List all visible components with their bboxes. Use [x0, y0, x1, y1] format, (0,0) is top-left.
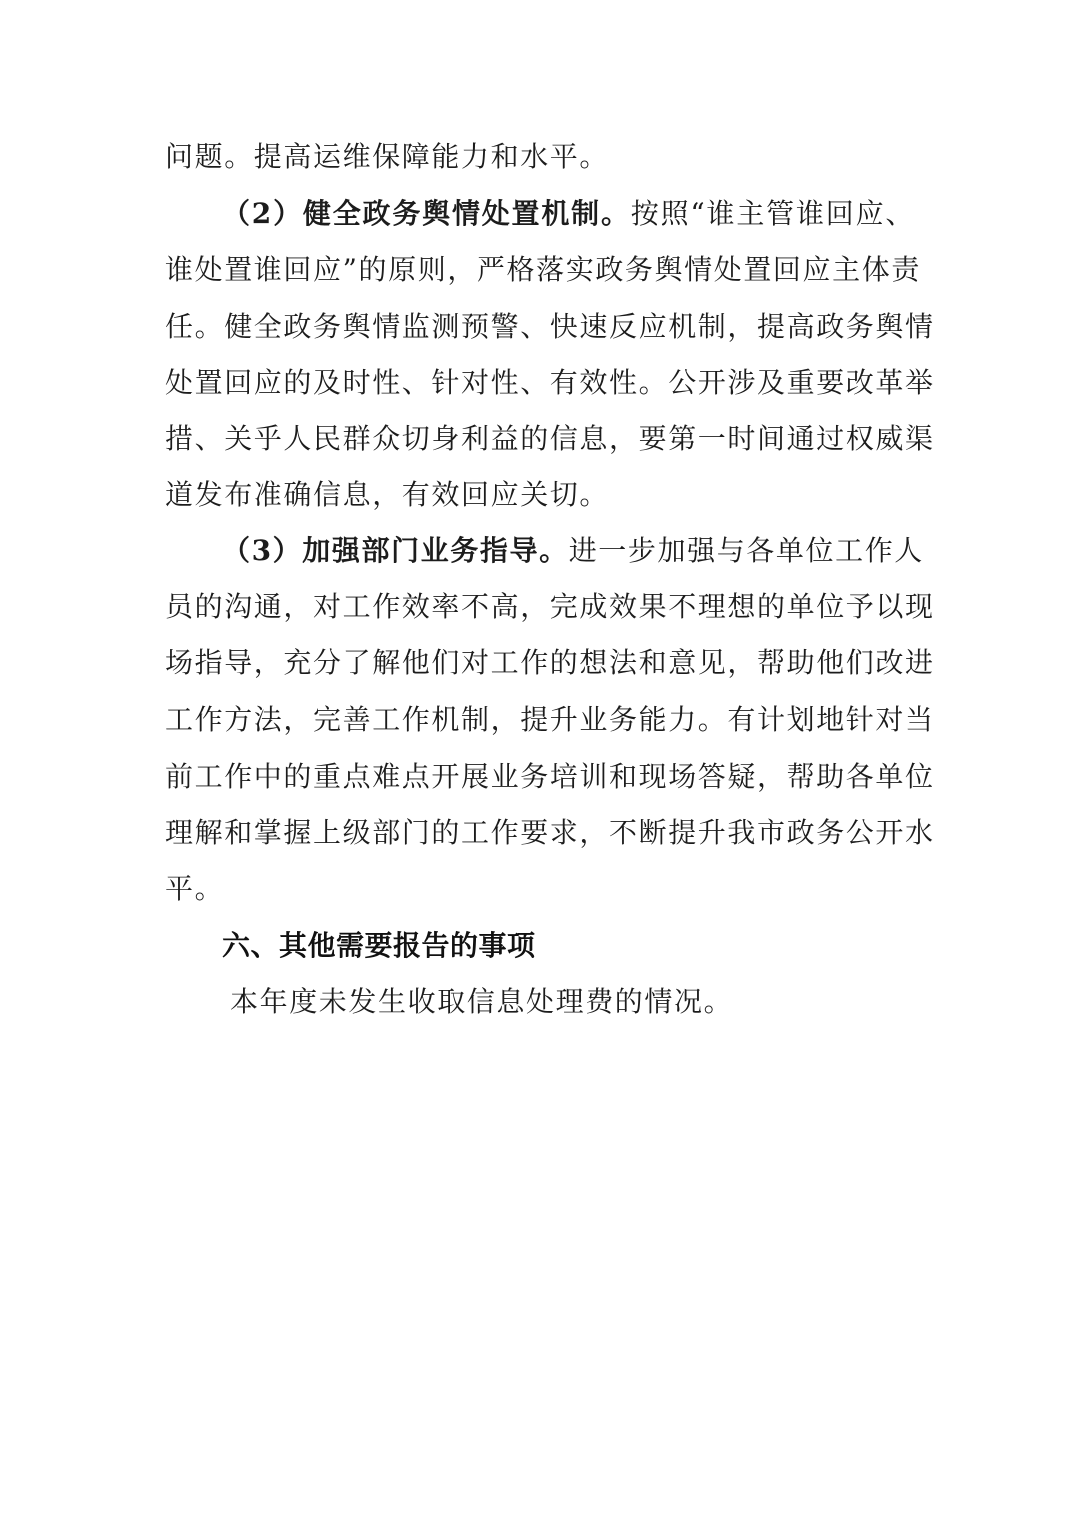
paragraph-3-lead: （3）加强部门业务指导。 — [222, 534, 569, 567]
paragraph-line: 任。健全政务舆情监测预警、快速反应机制，提高政务舆情 — [165, 310, 915, 344]
paragraph-2-lead: （2）健全政务舆情处置机制。 — [222, 197, 631, 230]
paragraph-2-first-line: （2）健全政务舆情处置机制。按照“谁主管谁回应、 — [222, 197, 915, 231]
paragraph-line: 谁处置谁回应”的原则，严格落实政务舆情处置回应主体责 — [165, 253, 915, 287]
paragraph-3-first-line: （3）加强部门业务指导。进一步加强与各单位工作人 — [222, 534, 915, 568]
paragraph-3-text: 进一步加强与各单位工作人 — [569, 534, 924, 567]
paragraph-line: 道发布准确信息，有效回应关切。 — [165, 478, 915, 512]
section-body: 本年度未发生收取信息处理费的情况。 — [230, 985, 980, 1019]
paragraph-2-text: 按照“谁主管谁回应、 — [631, 197, 915, 230]
paragraph-line: 工作方法，完善工作机制，提升业务能力。有计划地针对当 — [165, 703, 915, 737]
section-heading: 六、其他需要报告的事项 — [222, 929, 972, 963]
paragraph-line: 理解和掌握上级部门的工作要求，不断提升我市政务公开水 — [165, 816, 915, 850]
paragraph-line: 场指导，充分了解他们对工作的想法和意见，帮助他们改进 — [165, 646, 915, 680]
paragraph-line: 平。 — [165, 872, 915, 906]
paragraph-line: 员的沟通，对工作效率不高，完成效果不理想的单位予以现 — [165, 590, 915, 624]
paragraph-line: 问题。提高运维保障能力和水平。 — [165, 140, 915, 174]
paragraph-line: 措、关乎人民群众切身利益的信息，要第一时间通过权威渠 — [165, 422, 915, 456]
paragraph-line: 前工作中的重点难点开展业务培训和现场答疑，帮助各单位 — [165, 760, 915, 794]
document-page: 问题。提高运维保障能力和水平。 （2）健全政务舆情处置机制。按照“谁主管谁回应、… — [0, 0, 1074, 1520]
paragraph-line: 处置回应的及时性、针对性、有效性。公开涉及重要改革举 — [165, 366, 915, 400]
